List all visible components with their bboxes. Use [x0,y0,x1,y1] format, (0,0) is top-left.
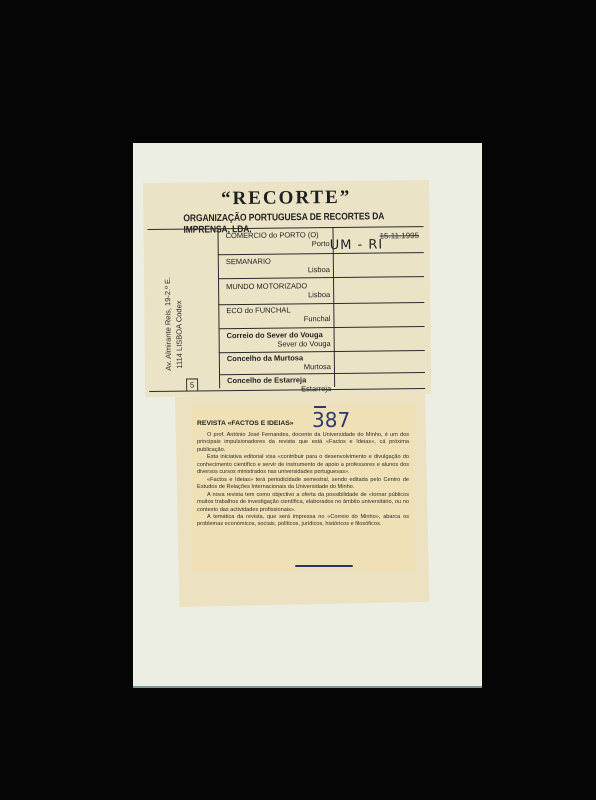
divider [219,326,425,329]
handwritten-note: UM - RI [330,237,384,253]
recorte-header-clipping: “RECORTE” ORGANIZAÇÃO PORTUGUESA DE RECO… [143,180,431,397]
article-title: REVISTA «FACTOS E IDEIAS» [197,420,294,427]
divider [217,228,220,388]
ink-underline-mark [295,565,353,567]
publication-row: SEMANARIO Lisboa [226,256,330,275]
publication-row: COMERCIO do PORTO (O) Porto [226,230,330,249]
publication-row: MUNDO MOTORIZADO Lisboa [226,281,330,300]
publication-row: ECO do FUNCHAL Funchal [226,305,330,324]
divider [218,252,424,255]
divider [218,276,424,279]
box-number: 5 [186,378,198,391]
article-body: O prof. António José Fernandes, docente … [197,432,409,529]
handwritten-article-number: 387 [312,408,350,432]
publication-row: Concelho de Estarreja Estarreja [227,375,331,394]
agency-address: Av. Almirante Reis, 19-2.º E. 1114 LISBO… [162,277,185,371]
stamp-date: 15.11.1995 [380,231,420,240]
newspaper-article-clipping: 387 REVISTA «FACTOS E IDEIAS» O prof. An… [192,405,414,571]
agency-title: “RECORTE” [143,186,429,211]
publication-row: Correio do Sever do Vouga Sever do Vouga [227,330,331,349]
publication-row: Concelho da Murtosa Murtosa [227,353,331,372]
